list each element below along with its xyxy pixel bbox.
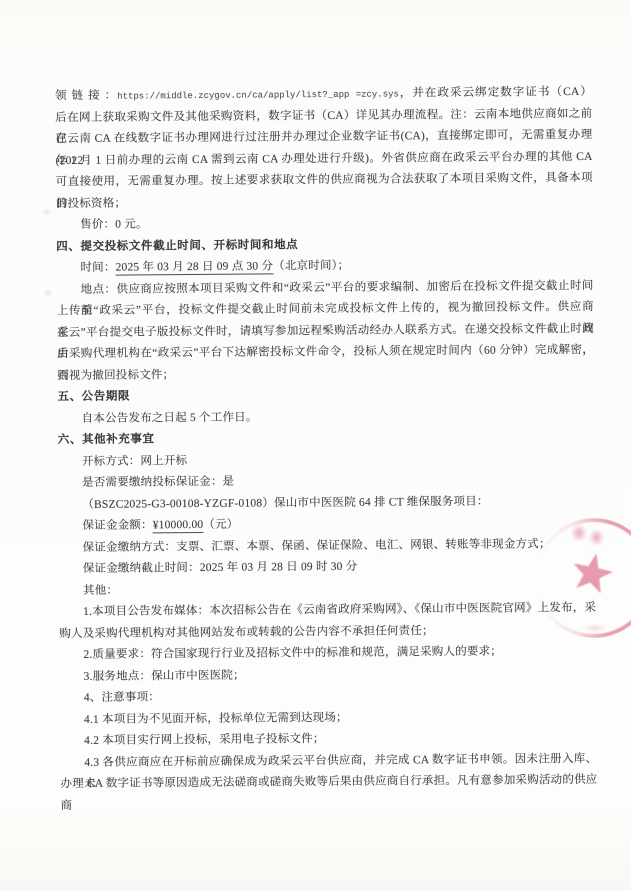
paragraph: 地点：供应商应按照本项目采购文件和“政采云”平台的要求编制、加密后在投标文件提交…	[57, 275, 595, 387]
text-run: 年 1 月 1 日前办理的云南 CA 需到云南 CA 办理处进行升级)。外省供应…	[56, 150, 593, 166]
paragraph: 领 链 接 ：https://middle.zcygov.cn/ca/apply…	[55, 82, 593, 215]
text-run: ，并在政采云绑定数字证书（CA）	[399, 86, 592, 100]
paragraph: 4.3 各供应商应在开标前应确保成为政采云平台供应商，并完成 CA 数字证书申领…	[60, 748, 597, 795]
text-run: 保证金缴纳方式：支票、汇票、本票、保函、保证保险、电汇、网银、转账等非现金方式；	[83, 538, 551, 554]
text-run: 开标方式：网上开标	[82, 455, 187, 468]
text-run: 3.服务地点：保山市中医医院；	[84, 669, 245, 682]
text-run: 办理 CA 数字证书等原因造成无法磋商或磋商失败等后果由供应商自行承担。凡有意参…	[60, 774, 597, 812]
text-run: 是否需要缴纳投标保证金：是	[82, 476, 234, 489]
text-line: 办理 CA 数字证书等原因造成无法磋商或磋商失败等后果由供应商自行承担。凡有意参…	[60, 770, 597, 796]
text-run: 自本公告发布之日起 5 个工作日。	[82, 411, 258, 424]
text-run: 1.本项目公告发布媒体：本次招标公告在《云南省政府采购网》、《保山市中医医院官网…	[83, 602, 596, 618]
text-line: 1.本项目公告发布媒体：本次招标公告在《云南省政府采购网》、《保山市中医医院官网…	[59, 598, 596, 624]
text-run: 时间：	[80, 262, 115, 274]
underlined-text: ¥10000.00	[153, 519, 204, 533]
scan-speck	[43, 210, 50, 214]
scan-speck	[45, 291, 51, 296]
text-run: 4.1 本项目为不见面开标，投标单位无需到达现场；	[84, 711, 348, 725]
text-run: 则视为撤回投标文件；	[57, 369, 174, 382]
text-run: （北京时间）；	[273, 260, 349, 273]
url-text: https://middle.zcygov.cn/ca/apply/list?_…	[117, 89, 399, 101]
underlined-text: 2025 年 03 月 28 日 09 点 30 分	[115, 260, 273, 275]
text-run: 保证金金额：	[82, 519, 152, 532]
text-run: 购人及采购代理机构对其他网站发布或转载的公告内容不承担任何责任；	[59, 625, 433, 640]
text-run: 其他：	[83, 584, 118, 596]
text-run: 五、公告期限	[57, 391, 130, 404]
paragraph: 保证金缴纳方式：支票、汇票、本票、保函、保证保险、电汇、网银、转账等非现金方式；	[59, 533, 596, 559]
text-run: （元）	[203, 519, 238, 531]
text-run: （BSZC2025-G3-00108-YZGF-0108）保山市中医医院 64 …	[82, 495, 488, 510]
text-run: 领 链 接 ：	[55, 90, 117, 102]
text-run: 的投标资格；	[56, 197, 126, 210]
text-line: 保证金缴纳方式：支票、汇票、本票、保函、保证保险、电汇、网银、转账等非现金方式；	[59, 533, 596, 559]
document-body: 领 链 接 ：https://middle.zcygov.cn/ca/apply…	[55, 82, 598, 796]
text-run: 售价：0 元。	[80, 218, 148, 231]
text-line: 可直接使用，无需重复办理。按上述要求获取文件的供应商视为合法获取了本项目采购文件…	[56, 168, 593, 194]
paragraph: 1.本项目公告发布媒体：本次招标公告在《云南省政府采购网》、《保山市中医医院官网…	[59, 598, 596, 645]
text-run: 六、其他补充事宜	[58, 433, 155, 446]
text-run: 4.2 本项目实行网上投标，采用电子投标文件；	[84, 733, 324, 747]
text-run: 四、提交投标文件截止时间、开标时间和地点	[56, 239, 298, 253]
text-line: 由采购代理机构在“政采云”平台下达解密投标文件命令，投标人须在规定时间内（60 …	[57, 340, 594, 366]
text-run: 4、注意事项：	[84, 691, 160, 704]
scanned-document-page: 领 链 接 ：https://middle.zcygov.cn/ca/apply…	[0, 0, 631, 891]
text-run: 保证金缴纳截止时间：2025 年 03 月 28 日 09 时 30 分	[83, 561, 358, 575]
text-run: 2.质量要求：符合国家现行行业及招标文件中的标准和规范，满足采购人的要求；	[83, 646, 502, 661]
